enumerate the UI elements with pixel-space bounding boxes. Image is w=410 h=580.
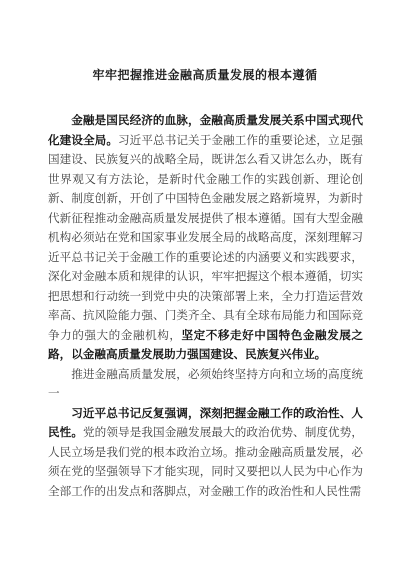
document-page: 牢牢把握推进金融高质量发展的根本遵循 金融是国民经济的血脉，金融高质量发展关系中…: [0, 0, 410, 580]
text-run: 党的领导是我国金融发展最大的政治优势、制度优势，人民立场是我们党的根本政治立场。…: [48, 426, 363, 498]
document-body: 金融是国民经济的血脉，金融高质量发展关系中国式现代化建设全局。习近平总书记关于金…: [48, 111, 363, 501]
document-title: 牢牢把握推进金融高质量发展的根本遵循: [0, 66, 410, 85]
paragraph: 推进金融高质量发展，必须始终坚持方向和立场的高度统一: [48, 365, 363, 404]
text-run: 习近平总书记关于金融工作的重要论述，立足强国建设、民族复兴的战略全局，既讲怎么看…: [48, 134, 363, 342]
paragraph: 习近平总书记反复强调，深刻把握金融工作的政治性、人民性。党的领导是我国金融发展最…: [48, 404, 363, 502]
paragraph: 金融是国民经济的血脉，金融高质量发展关系中国式现代化建设全局。习近平总书记关于金…: [48, 111, 363, 365]
text-run: 推进金融高质量发展，必须始终坚持方向和立场的高度统一: [48, 368, 363, 401]
